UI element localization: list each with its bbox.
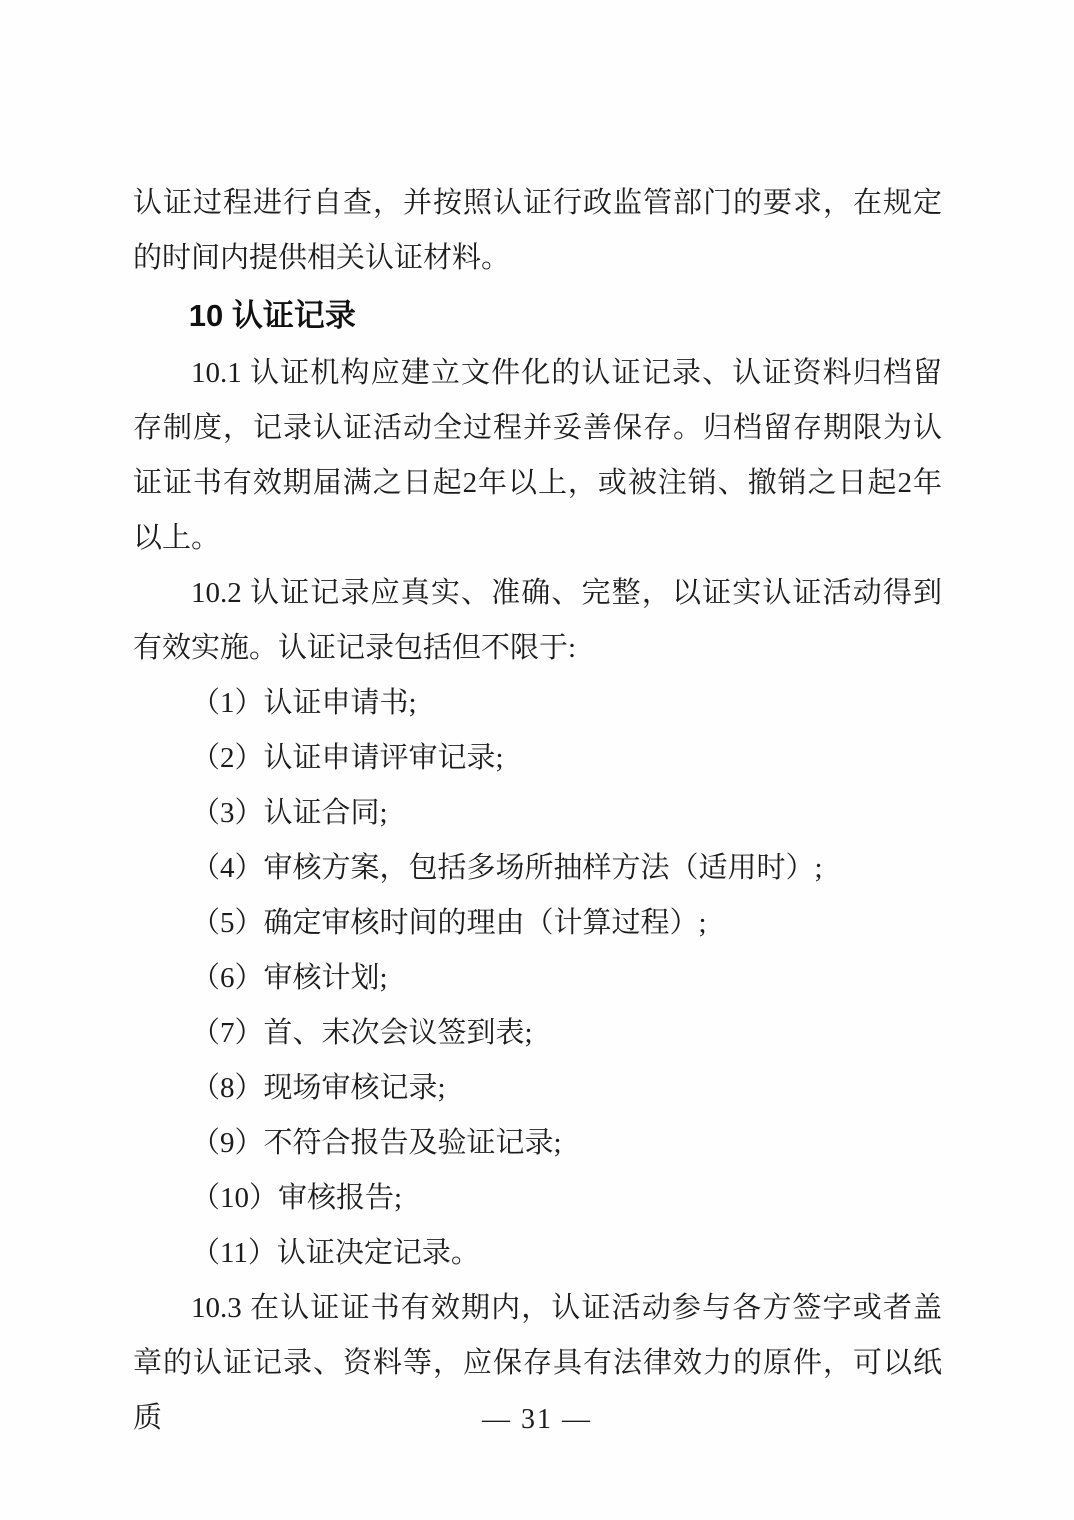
section-heading: 10 认证记录 [133,286,942,346]
page-number: — 31 — [0,1404,1074,1436]
document-page: 认证过程进行自查，并按照认证行政监管部门的要求，在规定的时间内提供相关认证材料。… [0,0,1074,1520]
list-item: （11）认证决定记录。 [133,1226,942,1281]
list-item: （5）确定审核时间的理由（计算过程）; [133,896,942,951]
list-item: （10）审核报告; [133,1171,942,1226]
list-item: （1）认证申请书; [133,676,942,731]
list-item: （8）现场审核记录; [133,1061,942,1116]
paragraph: 10.1 认证机构应建立文件化的认证记录、认证资料归档留存制度，记录认证活动全过… [133,346,942,566]
paragraph: 认证过程进行自查，并按照认证行政监管部门的要求，在规定的时间内提供相关认证材料。 [133,176,942,286]
paragraph: 10.2 认证记录应真实、准确、完整，以证实认证活动得到有效实施。认证记录包括但… [133,566,942,676]
document-body: 认证过程进行自查，并按照认证行政监管部门的要求，在规定的时间内提供相关认证材料。… [133,176,942,1446]
list-item: （3）认证合同; [133,786,942,841]
list-item: （7）首、末次会议签到表; [133,1006,942,1061]
list-item: （6）审核计划; [133,951,942,1006]
list-item: （4）审核方案，包括多场所抽样方法（适用时）; [133,841,942,896]
list-item: （9）不符合报告及验证记录; [133,1116,942,1171]
list-item: （2）认证申请评审记录; [133,731,942,786]
